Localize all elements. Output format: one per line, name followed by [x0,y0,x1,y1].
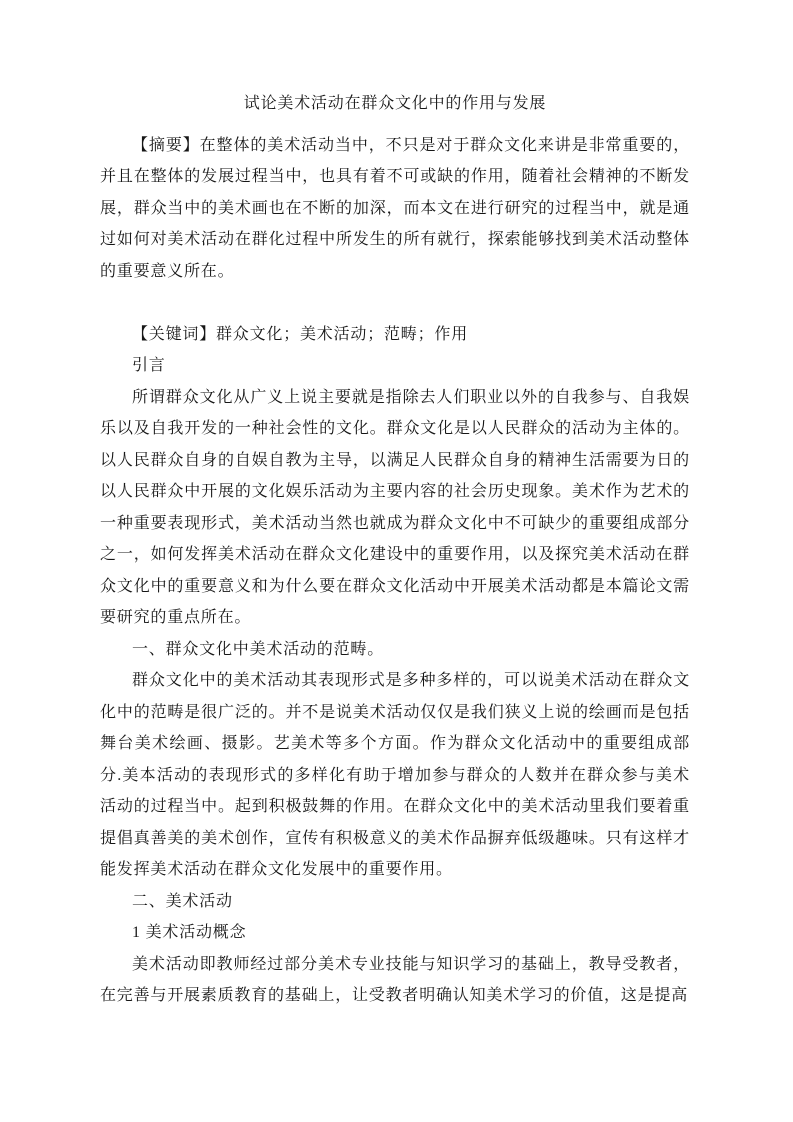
introduction-paragraph: 所谓群众文化从广义上说主要就是指除去人们职业以外的自我参与、自我娱乐以及自我开发… [100,382,690,634]
document-title: 试论美术活动在群众文化中的作用与发展 [100,88,690,120]
keywords-line: 【关键词】群众文化；美术活动；范畴；作用 [100,319,690,351]
section-one-heading: 一、群众文化中美术活动的范畴。 [100,634,690,666]
blank-line-spacer [100,287,690,319]
page-content: 试论美术活动在群众文化中的作用与发展 【摘要】在整体的美术活动当中，不只是对于群… [0,0,793,1012]
section-two-subheading: 1 美术活动概念 [100,917,690,949]
document-page: 试论美术活动在群众文化中的作用与发展 【摘要】在整体的美术活动当中，不只是对于群… [0,0,793,1122]
section-two-paragraph: 美术活动即教师经过部分美术专业技能与知识学习的基础上，教导受教者，在完善与开展素… [100,949,690,1012]
abstract-paragraph: 【摘要】在整体的美术活动当中，不只是对于群众文化来讲是非常重要的，并且在整体的发… [100,130,690,288]
introduction-heading: 引言 [100,350,690,382]
section-one-paragraph: 群众文化中的美术活动其表现形式是多种多样的，可以说美术活动在群众文化中的范畴是很… [100,665,690,886]
section-two-heading: 二、美术活动 [100,886,690,918]
